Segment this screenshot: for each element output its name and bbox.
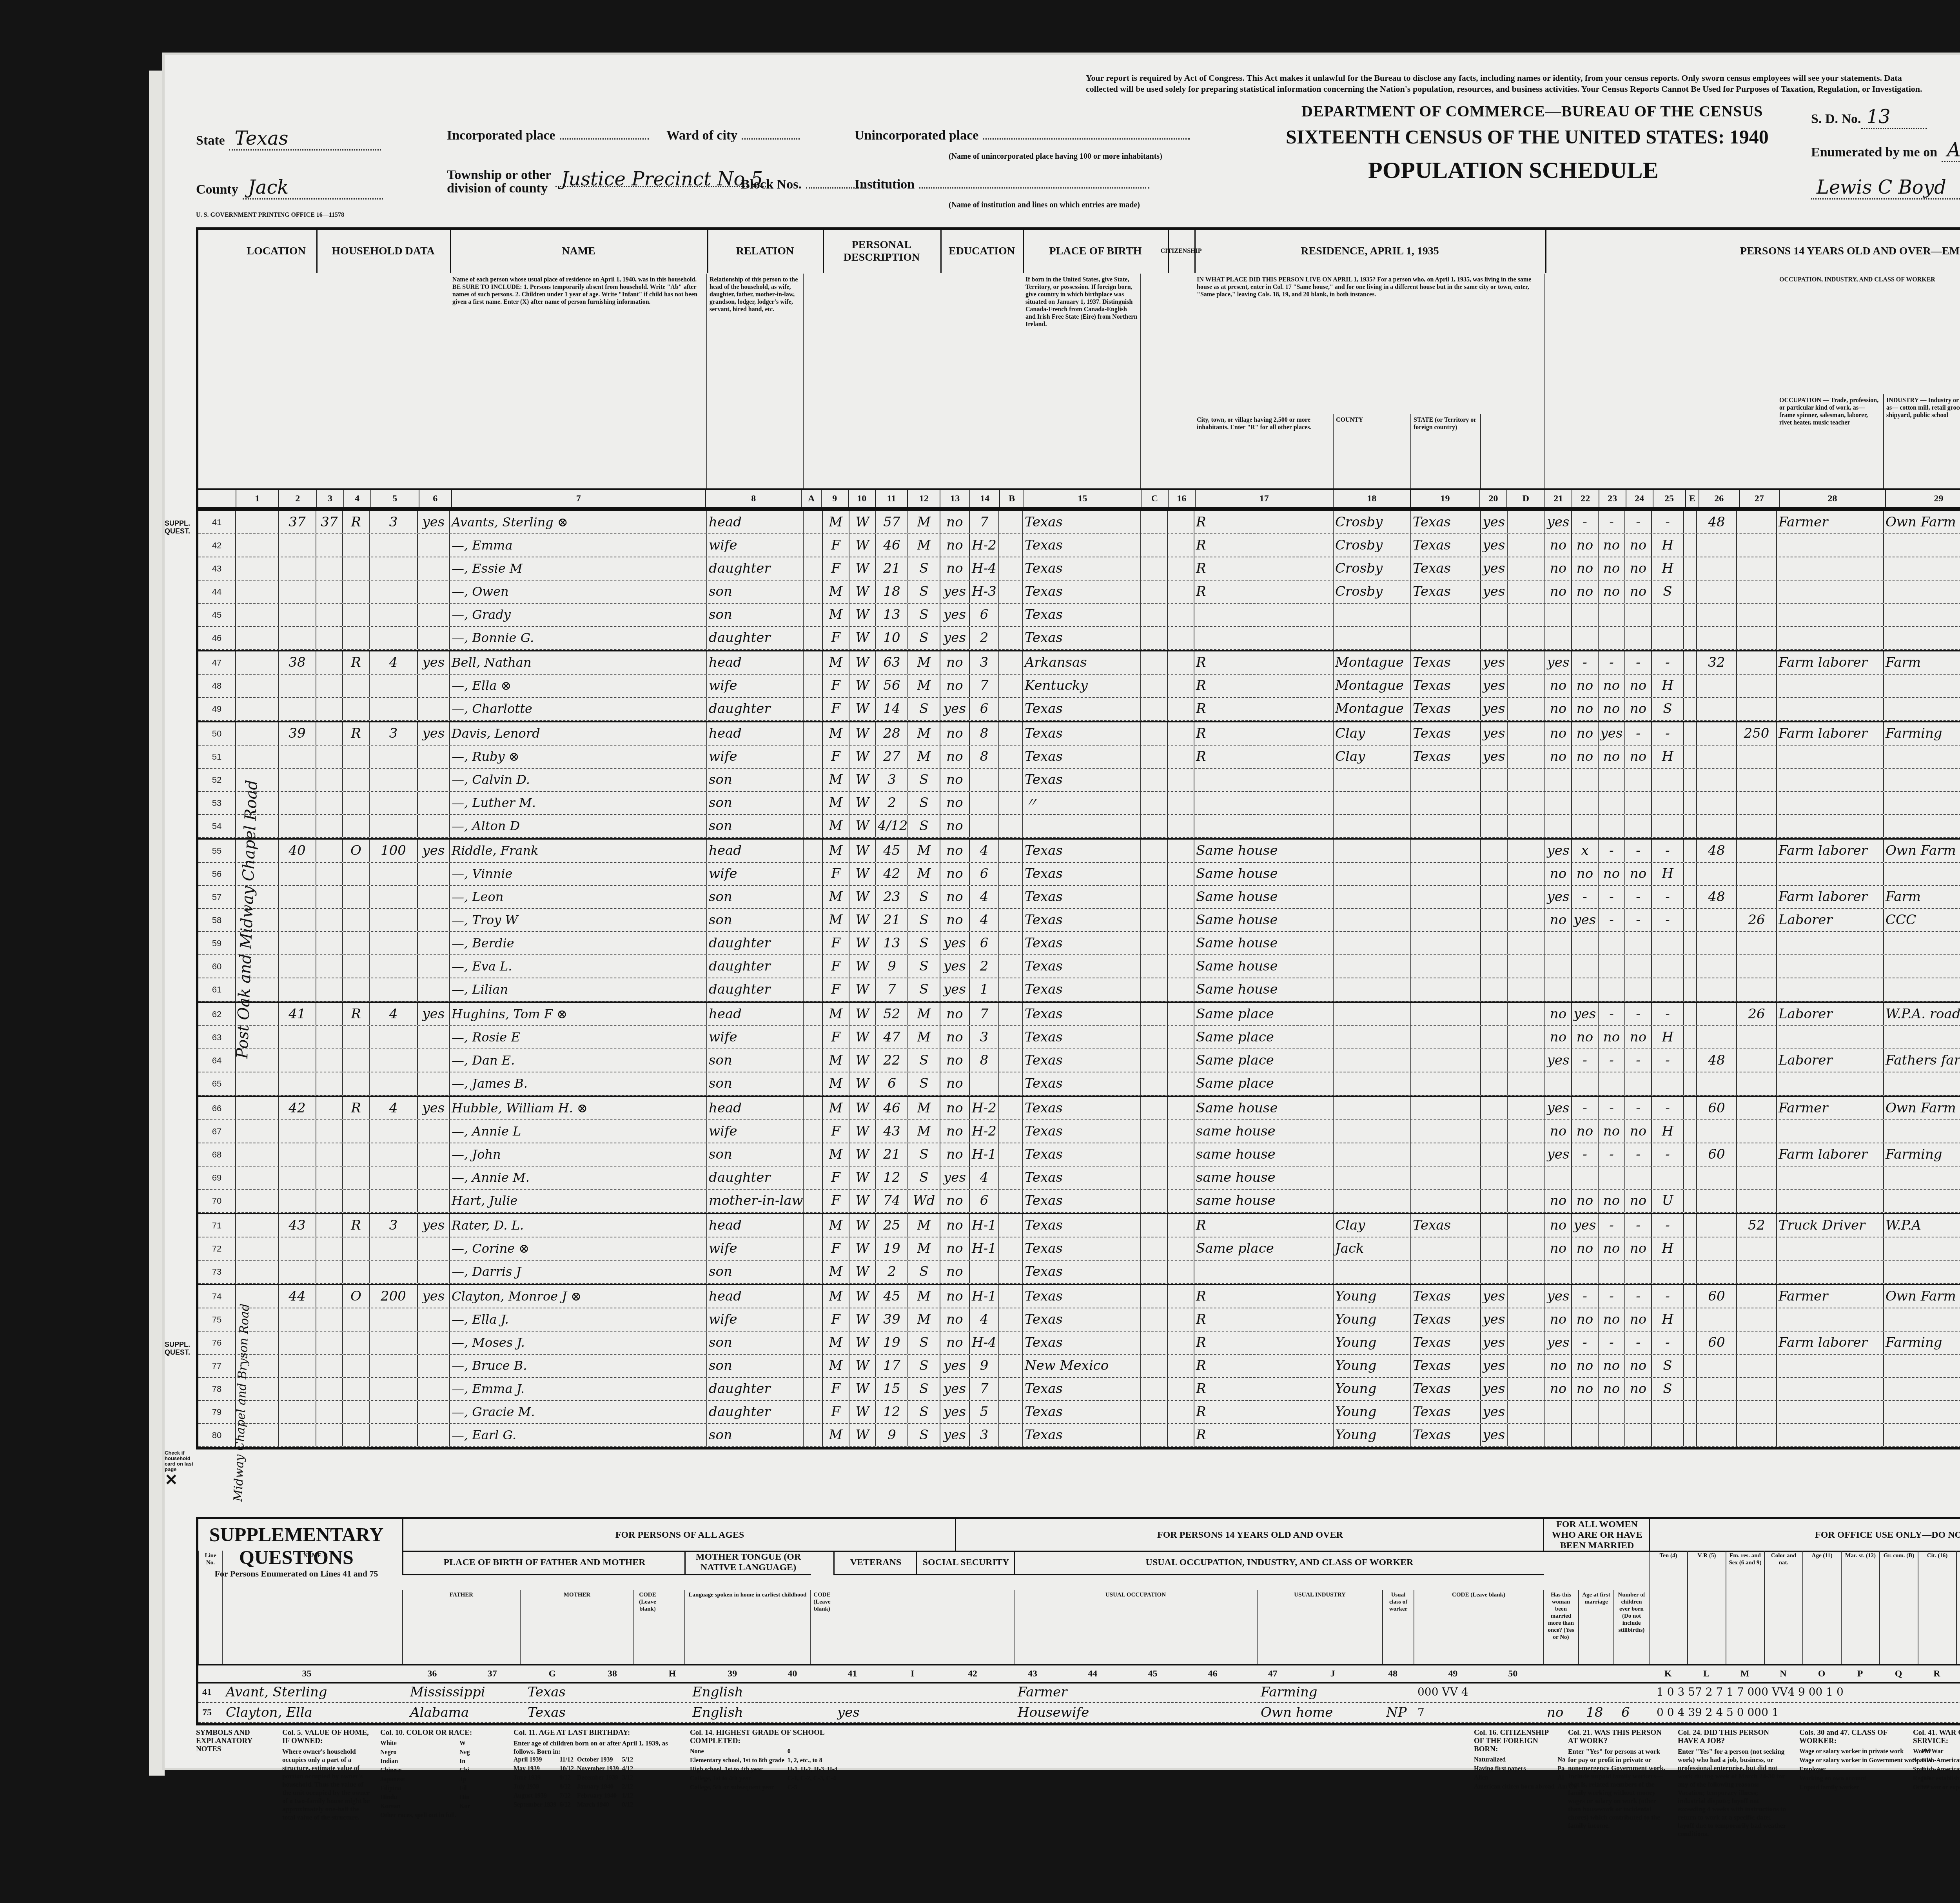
cell-birth: Texas <box>1023 1424 1141 1446</box>
cell-sex: F <box>823 978 849 1001</box>
cell-occ: Farm laborer <box>1777 722 1884 745</box>
cell-grade: 4 <box>970 909 999 931</box>
cell-c21 <box>1545 769 1572 791</box>
cell-res-farm <box>1481 769 1508 791</box>
cell-value <box>370 604 418 626</box>
cell-line: 49 <box>198 698 236 720</box>
cell-c21: no <box>1545 746 1572 768</box>
cell-codeD <box>1508 651 1545 674</box>
cell-codeE <box>1684 1424 1697 1446</box>
cell-race: W <box>849 675 876 697</box>
cell-age: 43 <box>876 1120 908 1143</box>
cell-cit <box>1168 1378 1194 1400</box>
cell-house <box>279 746 316 768</box>
cell-res-farm <box>1481 1026 1508 1049</box>
table-row: 65—, James B.sonMW6SnoTexasSame place <box>198 1072 1960 1096</box>
cell-occ <box>1777 932 1884 954</box>
cell-line: 73 <box>198 1261 236 1283</box>
cell-farm <box>418 698 450 720</box>
cell-street <box>236 534 279 557</box>
cell-res-state <box>1411 955 1481 978</box>
cell-sex: F <box>823 1190 849 1212</box>
cell-res-state: Texas <box>1411 557 1481 580</box>
cell-value: 200 <box>370 1285 418 1308</box>
cell-age: 46 <box>876 534 908 557</box>
cell-c24: - <box>1625 722 1652 745</box>
cell-codeA <box>804 1166 823 1189</box>
cell-hrs <box>1697 534 1737 557</box>
cell-res-state: Texas <box>1411 1285 1481 1308</box>
note-entry: May 1939 <box>514 1765 559 1774</box>
cell-res-farm: yes <box>1481 1355 1508 1377</box>
cell-hrs <box>1697 627 1737 649</box>
cell-grade: 3 <box>970 1026 999 1049</box>
cell-occ <box>1777 955 1884 978</box>
cell-rel: wife <box>707 1120 804 1143</box>
cell-hh: 37 <box>316 511 343 533</box>
cell-race: W <box>849 1237 876 1260</box>
cell-name: —, Calvin D. <box>450 769 707 791</box>
cell-birth: Texas <box>1023 1378 1141 1400</box>
cell-res-state <box>1411 1026 1481 1049</box>
cell-unemp: 26 <box>1737 1003 1777 1025</box>
cell-name: —, Eva L. <box>450 955 707 978</box>
table-row: 68—, JohnsonMW21SnoH-1Texassame houseyes… <box>198 1143 1960 1166</box>
cell-house <box>279 1120 316 1143</box>
cell-c22: - <box>1572 1285 1599 1308</box>
cell-sex: F <box>823 1120 849 1143</box>
cell-res-farm <box>1481 863 1508 885</box>
cell-res-city <box>1194 1261 1334 1283</box>
cell-codeE <box>1684 978 1697 1001</box>
cell-codeC <box>1141 1308 1168 1331</box>
supp-column-number: 38 <box>582 1665 642 1682</box>
cell-c25: H <box>1652 1237 1684 1260</box>
cell-res-county <box>1334 1026 1411 1049</box>
cell-sch: no <box>940 1237 970 1260</box>
cell-ind: Farming <box>1884 1332 1960 1354</box>
cell-mar: S <box>908 1049 940 1072</box>
cell-codeD <box>1508 511 1545 533</box>
cell-codeD <box>1508 746 1545 768</box>
cell-res-city: R <box>1194 1355 1334 1377</box>
cell-ind: W.P.A <box>1884 1214 1960 1237</box>
cell-c22: no <box>1572 534 1599 557</box>
cell-rel: wife <box>707 1026 804 1049</box>
cell-tenure <box>343 1237 370 1260</box>
col10-note-title: Col. 10. COLOR OR RACE: <box>380 1729 506 1737</box>
supp-veteran: yes <box>837 1703 860 1722</box>
cell-codeB <box>999 1072 1023 1095</box>
cell-birth: Kentucky <box>1023 675 1141 697</box>
col16-note-table: NaturalizedNaHaving first papersPaAlienA… <box>1474 1756 1581 1792</box>
cell-c25 <box>1652 792 1684 814</box>
col11-note-title: Col. 11. AGE AT LAST BIRTHDAY: <box>514 1729 678 1737</box>
cell-c21: no <box>1545 1190 1572 1212</box>
cell-line: 58 <box>198 909 236 931</box>
cell-farm: yes <box>418 840 450 862</box>
cell-c22: no <box>1572 557 1599 580</box>
cell-codeA <box>804 955 823 978</box>
cell-codeA <box>804 978 823 1001</box>
cell-sch: no <box>940 815 970 837</box>
cell-c21: yes <box>1545 1143 1572 1166</box>
cell-cit <box>1168 1166 1194 1189</box>
cell-codeB <box>999 1003 1023 1025</box>
cell-age: 2 <box>876 1261 908 1283</box>
cell-line: 45 <box>198 604 236 626</box>
cell-sex: F <box>823 1166 849 1189</box>
cell-street <box>236 511 279 533</box>
cell-hrs: 32 <box>1697 651 1737 674</box>
cell-mar: M <box>908 1237 940 1260</box>
supp-header: CODE (Leave blank) <box>1414 1590 1543 1664</box>
cell-sch: no <box>940 557 970 580</box>
cell-name: —, Charlotte <box>450 698 707 720</box>
cell-codeA <box>804 1026 823 1049</box>
cell-codeA <box>804 1308 823 1331</box>
cell-c21: no <box>1545 534 1572 557</box>
cell-codeC <box>1141 840 1168 862</box>
cell-codeA <box>804 840 823 862</box>
cell-res-state <box>1411 1097 1481 1119</box>
cell-grade: 8 <box>970 1049 999 1072</box>
cell-rel: son <box>707 769 804 791</box>
table-row: 79—, Gracie M.daughterFW12Syes5TexasRYou… <box>198 1401 1960 1424</box>
cell-c23 <box>1599 1401 1625 1423</box>
ward-label: Ward of city <box>666 128 737 143</box>
cell-codeE <box>1684 1120 1697 1143</box>
cell-c25 <box>1652 1166 1684 1189</box>
cell-birth: Texas <box>1023 932 1141 954</box>
cell-mar: M <box>908 511 940 533</box>
column-number: 18 <box>1334 490 1411 507</box>
cell-res-farm <box>1481 840 1508 862</box>
cell-cit <box>1168 978 1194 1001</box>
cell-tenure <box>343 955 370 978</box>
note-entry: W <box>459 1739 474 1748</box>
cell-res-farm: yes <box>1481 581 1508 603</box>
note-entry: Alien <box>1474 1774 1557 1783</box>
cell-codeE <box>1684 1072 1697 1095</box>
cell-sex: F <box>823 698 849 720</box>
cell-birth: Texas <box>1023 955 1141 978</box>
col30-note-title: Cols. 30 and 47. CLASS OF WORKER: <box>1799 1729 1901 1745</box>
col11-note-text: Enter age of children born on or after A… <box>514 1739 678 1756</box>
cell-line: 79 <box>198 1401 236 1423</box>
cell-ind: Own Farm <box>1884 840 1960 862</box>
note-entry: 8/12 <box>559 1783 577 1792</box>
cell-unemp <box>1737 886 1777 908</box>
cell-farm <box>418 955 450 978</box>
cell-hh <box>316 1120 343 1143</box>
note-entry: 2/12 <box>622 1783 636 1792</box>
cell-occ: Truck Driver <box>1777 1214 1884 1237</box>
cell-race: W <box>849 1097 876 1119</box>
cell-ind <box>1884 1190 1960 1212</box>
cell-mar: M <box>908 1097 940 1119</box>
cell-res-city: R <box>1194 651 1334 674</box>
county-field: County Jack <box>196 176 383 200</box>
cell-res-city: R <box>1194 746 1334 768</box>
cell-c21: no <box>1545 909 1572 931</box>
cell-unemp <box>1737 604 1777 626</box>
cell-age: 13 <box>876 932 908 954</box>
cell-codeD <box>1508 1355 1545 1377</box>
cell-c25: H <box>1652 557 1684 580</box>
cell-hh <box>316 1332 343 1354</box>
cell-c22: no <box>1572 581 1599 603</box>
cell-sch: no <box>940 511 970 533</box>
cell-hrs <box>1697 792 1737 814</box>
cell-codeB <box>999 863 1023 885</box>
cell-c24 <box>1625 815 1652 837</box>
cell-res-city: R <box>1194 511 1334 533</box>
cell-codeE <box>1684 840 1697 862</box>
cell-sex: F <box>823 1378 849 1400</box>
cell-codeD <box>1508 1237 1545 1260</box>
cell-res-farm: yes <box>1481 1308 1508 1331</box>
cell-ind <box>1884 1166 1960 1189</box>
note-entry: Japanese <box>380 1775 459 1784</box>
cell-occ <box>1777 698 1884 720</box>
cell-house <box>279 1026 316 1049</box>
table-row: 58—, Troy WsonMW21Sno4TexasSame housenoy… <box>198 909 1960 932</box>
cell-street <box>236 627 279 649</box>
state-field: State Texas <box>196 127 381 151</box>
cell-cit <box>1168 1049 1194 1072</box>
census-sheet: Your report is required by Act of Congre… <box>165 55 1960 1768</box>
cell-res-farm: yes <box>1481 722 1508 745</box>
cell-ind <box>1884 698 1960 720</box>
subsection-veterans: VETERANS <box>833 1551 917 1575</box>
cell-codeE <box>1684 1003 1697 1025</box>
table-row: 6642R4yesHubble, William H. ⊗headMW46Mno… <box>198 1096 1960 1120</box>
cell-c25: - <box>1652 1003 1684 1025</box>
cell-codeB <box>999 746 1023 768</box>
cell-c24: no <box>1625 1120 1652 1143</box>
cell-codeE <box>1684 1332 1697 1354</box>
cell-house <box>279 769 316 791</box>
cell-mar: M <box>908 863 940 885</box>
cell-codeB <box>999 978 1023 1001</box>
cell-line: 65 <box>198 1072 236 1095</box>
cell-unemp <box>1737 1378 1777 1400</box>
cell-hrs <box>1697 1166 1737 1189</box>
cell-c25: - <box>1652 511 1684 533</box>
cell-codeE <box>1684 722 1697 745</box>
cell-grade: H-2 <box>970 1120 999 1143</box>
cell-age: 19 <box>876 1237 908 1260</box>
cell-codeE <box>1684 1355 1697 1377</box>
cell-tenure <box>343 769 370 791</box>
cell-line: 52 <box>198 769 236 791</box>
cell-res-state <box>1411 1120 1481 1143</box>
cell-c24 <box>1625 1261 1652 1283</box>
supp-name-header: NAME <box>222 1551 402 1664</box>
cell-res-farm <box>1481 1003 1508 1025</box>
cell-race: W <box>849 1355 876 1377</box>
cell-race: W <box>849 792 876 814</box>
cell-age: 47 <box>876 1026 908 1049</box>
cell-occ <box>1777 627 1884 649</box>
cell-ind: W.P.A. road administration <box>1884 1003 1960 1025</box>
cell-res-county: Young <box>1334 1332 1411 1354</box>
cell-grade: 5 <box>970 1401 999 1423</box>
cell-res-city: Same house <box>1194 955 1334 978</box>
cell-name: Hart, Julie <box>450 1190 707 1212</box>
cell-house <box>279 1308 316 1331</box>
cell-hrs: 60 <box>1697 1143 1737 1166</box>
cell-codeD <box>1508 1049 1545 1072</box>
cell-cit <box>1168 909 1194 931</box>
col41-note: Col. 41. WAR OR MILITARY SERVICE:World W… <box>1913 1729 1960 1792</box>
cell-hh <box>316 627 343 649</box>
township-field: Township or otherdivision of county Just… <box>447 169 768 195</box>
cell-sch: yes <box>940 1401 970 1423</box>
cell-hrs <box>1697 1355 1737 1377</box>
cell-mar: M <box>908 1214 940 1237</box>
cell-sch: no <box>940 792 970 814</box>
cell-c22 <box>1572 1072 1599 1095</box>
col30-note: Cols. 30 and 47. CLASS OF WORKER:Wage or… <box>1799 1729 1901 1792</box>
schedule-title: POPULATION SCHEDULE <box>1368 157 1659 184</box>
cell-c23 <box>1599 815 1625 837</box>
supp-column-number: G <box>522 1665 582 1682</box>
cell-name: —, Earl G. <box>450 1424 707 1446</box>
cell-grade: H-1 <box>970 1143 999 1166</box>
cell-cit <box>1168 698 1194 720</box>
cell-house: 38 <box>279 651 316 674</box>
cell-c25 <box>1652 769 1684 791</box>
cell-c21 <box>1545 1072 1572 1095</box>
cell-res-county <box>1334 978 1411 1001</box>
cell-mar: M <box>908 675 940 697</box>
cell-farm: yes <box>418 511 450 533</box>
note-entry: 0/12 <box>622 1801 636 1810</box>
cell-tenure <box>343 932 370 954</box>
column-number: 4 <box>344 490 371 507</box>
cell-house <box>279 1378 316 1400</box>
cell-c24 <box>1625 627 1652 649</box>
col16-note: Col. 16. CITIZENSHIP OF THE FOREIGN BORN… <box>1474 1729 1560 1792</box>
cell-codeE <box>1684 675 1697 697</box>
cell-name: —, Emma <box>450 534 707 557</box>
cell-sex: M <box>823 1332 849 1354</box>
cell-codeB <box>999 1401 1023 1423</box>
cell-res-state <box>1411 1143 1481 1166</box>
table-row: 413737R3yesAvants, Sterling ⊗headMW57Mno… <box>198 510 1960 534</box>
cell-codeE <box>1684 1285 1697 1308</box>
cell-codeE <box>1684 955 1697 978</box>
table-body: 413737R3yesAvants, Sterling ⊗headMW57Mno… <box>196 510 1960 1449</box>
cell-hrs: 60 <box>1697 1332 1737 1354</box>
cell-race: W <box>849 581 876 603</box>
cell-c24: no <box>1625 1378 1652 1400</box>
cell-codeA <box>804 511 823 533</box>
cell-res-city: Same place <box>1194 1049 1334 1072</box>
cell-age: 17 <box>876 1355 908 1377</box>
cell-codeC <box>1141 1143 1168 1166</box>
cell-age: 12 <box>876 1401 908 1423</box>
cell-hrs <box>1697 1214 1737 1237</box>
cell-ind: Fathers farm <box>1884 1049 1960 1072</box>
cell-sex: M <box>823 886 849 908</box>
cell-codeC <box>1141 511 1168 533</box>
cell-c21 <box>1545 1424 1572 1446</box>
column-number: B <box>1000 490 1024 507</box>
cell-c24: - <box>1625 1049 1652 1072</box>
cell-grade <box>970 792 999 814</box>
cell-line: 68 <box>198 1143 236 1166</box>
cell-codeE <box>1684 886 1697 908</box>
cell-farm <box>418 792 450 814</box>
confidentiality-notice: Your report is required by Act of Congre… <box>1086 73 1960 94</box>
cell-res-city: R <box>1194 1332 1334 1354</box>
cell-c21 <box>1545 792 1572 814</box>
cell-res-county <box>1334 1261 1411 1283</box>
cell-codeD <box>1508 909 1545 931</box>
column-number: 14 <box>970 490 1000 507</box>
cell-res-county: Young <box>1334 1378 1411 1400</box>
cell-cit <box>1168 1261 1194 1283</box>
supp-usual-industry: Own home <box>1261 1703 1333 1722</box>
cell-birth <box>1023 815 1141 837</box>
cell-hrs <box>1697 604 1737 626</box>
cell-ind <box>1884 815 1960 837</box>
cell-race: W <box>849 1308 876 1331</box>
cell-mar: S <box>908 1424 940 1446</box>
cell-c24: - <box>1625 909 1652 931</box>
cell-sex: M <box>823 815 849 837</box>
cell-codeD <box>1508 932 1545 954</box>
cell-c21 <box>1545 932 1572 954</box>
cell-cit <box>1168 932 1194 954</box>
cell-sch: no <box>940 1285 970 1308</box>
cell-codeB <box>999 722 1023 745</box>
cell-hh <box>316 1166 343 1189</box>
cell-codeD <box>1508 815 1545 837</box>
column-number: 11 <box>876 490 908 507</box>
cell-c24 <box>1625 955 1652 978</box>
cell-mar: Wd <box>908 1190 940 1212</box>
cell-res-state <box>1411 604 1481 626</box>
cell-tenure <box>343 746 370 768</box>
cell-codeC <box>1141 1401 1168 1423</box>
cell-hh <box>316 1308 343 1331</box>
cell-grade: H-2 <box>970 534 999 557</box>
cell-hrs <box>1697 978 1737 1001</box>
cell-age: 13 <box>876 604 908 626</box>
household-card-check[interactable]: Check if household card on last page✕ <box>165 1450 196 1488</box>
cell-sch: yes <box>940 978 970 1001</box>
column-number: 6 <box>419 490 452 507</box>
cell-farm <box>418 909 450 931</box>
cell-grade: 8 <box>970 746 999 768</box>
cell-value: 4 <box>370 1003 418 1025</box>
cell-house <box>279 886 316 908</box>
cell-age: 39 <box>876 1308 908 1331</box>
cell-value: 4 <box>370 1097 418 1119</box>
cell-res-county: Young <box>1334 1355 1411 1377</box>
cell-value: 3 <box>370 1214 418 1237</box>
cell-c22 <box>1572 1166 1599 1189</box>
cell-cit <box>1168 511 1194 533</box>
cell-ind: Farm <box>1884 651 1960 674</box>
cell-occ: Farm laborer <box>1777 1332 1884 1354</box>
cell-unemp <box>1737 1332 1777 1354</box>
note-entry: Regular establishment (Army, Navy, or Ma… <box>1913 1774 1960 1783</box>
